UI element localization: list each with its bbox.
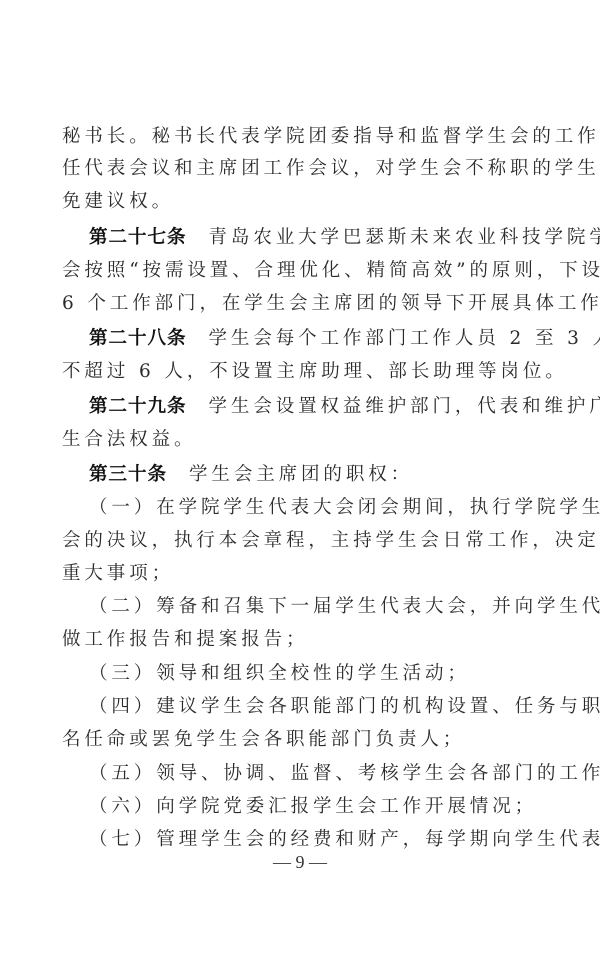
line-text: （三）领导和组织全校性的学生活动； <box>89 663 470 684</box>
line-text: 会按照“按需设置、合理优化、精简高效”的原则，下设不超过 <box>62 260 600 281</box>
line-text: 学生会每个工作部门工作人员 2 至 3 人，一般 <box>209 328 600 349</box>
line-text: 任代表会议和主席团工作会议，对学生会不称职的学生干部有罢 <box>62 158 600 179</box>
line-text: 名任命或罢免学生会各职能部门负责人； <box>62 729 465 750</box>
line-text: 青岛农业大学巴瑟斯未来农业科技学院学生 <box>209 227 600 248</box>
clause-line: （三）领导和组织全校性的学生活动； <box>89 657 584 690</box>
article-heading: 第三十条 <box>89 464 167 485</box>
line-text: （五）领导、协调、监督、考核学生会各部门的工作； <box>89 763 600 784</box>
line-text: 重大事项； <box>62 563 174 584</box>
text-line: 会按照“按需设置、合理优化、精简高效”的原则，下设不超过 <box>62 254 557 287</box>
text-line: 不超过 6 人，不设置主席助理、部长助理等岗位。 <box>62 355 557 388</box>
line-text: 学生会设置权益维护部门，代表和维护广大学 <box>209 396 600 417</box>
text-line: 秘书长。秘书长代表学院团委指导和监督学生会的工作，列席常 <box>62 120 557 153</box>
page-number: — 9 — <box>0 852 600 873</box>
clause-line: （五）领导、协调、监督、考核学生会各部门的工作； <box>89 757 584 790</box>
text-line: 名任命或罢免学生会各职能部门负责人； <box>62 723 557 756</box>
text-line: 任代表会议和主席团工作会议，对学生会不称职的学生干部有罢 <box>62 152 557 185</box>
clause-line: （六）向学院党委汇报学生会工作开展情况； <box>89 790 584 823</box>
line-text: 学生会主席团的职权： <box>189 464 413 485</box>
text-line: 重大事项； <box>62 557 557 590</box>
line-text: 生合法权益。 <box>62 429 196 450</box>
article-27-heading-line: 第二十七条青岛农业大学巴瑟斯未来农业科技学院学生 <box>89 221 584 254</box>
line-text: （六）向学院党委汇报学生会工作开展情况； <box>89 796 537 817</box>
document-page: 秘书长。秘书长代表学院团委指导和监督学生会的工作，列席常 任代表会议和主席团工作… <box>0 0 600 960</box>
article-heading: 第二十九条 <box>89 396 187 417</box>
article-29-heading-line: 第二十九条学生会设置权益维护部门，代表和维护广大学 <box>89 390 584 423</box>
clause-line: （二）筹备和召集下一届学生代表大会，并向学生代表大会 <box>89 590 584 623</box>
article-heading: 第二十八条 <box>89 328 187 349</box>
line-text: 不超过 6 人，不设置主席助理、部长助理等岗位。 <box>62 361 568 382</box>
line-text: 会的决议，执行本会章程，主持学生会日常工作，决定学生会的 <box>62 530 600 551</box>
text-line: 6 个工作部门，在学生会主席团的领导下开展具体工作。 <box>62 287 557 320</box>
line-text: 6 个工作部门，在学生会主席团的领导下开展具体工作。 <box>62 293 600 314</box>
text-line: 生合法权益。 <box>62 423 557 456</box>
line-text: （七）管理学生会的经费和财产，每学期向学生代表大会汇 <box>89 829 600 850</box>
line-text: 免建议权。 <box>62 191 174 212</box>
text-line: 会的决议，执行本会章程，主持学生会日常工作，决定学生会的 <box>62 524 557 557</box>
line-text: 秘书长。秘书长代表学院团委指导和监督学生会的工作，列席常 <box>62 126 600 147</box>
article-heading: 第二十七条 <box>89 227 187 248</box>
text-line: 做工作报告和提案报告； <box>62 623 557 656</box>
line-text: 做工作报告和提案报告； <box>62 629 308 650</box>
article-28-heading-line: 第二十八条学生会每个工作部门工作人员 2 至 3 人，一般 <box>89 322 584 355</box>
clause-line: （四）建议学生会各职能部门的机构设置、任务与职责，提 <box>89 690 584 723</box>
line-text: （四）建议学生会各职能部门的机构设置、任务与职责，提 <box>89 696 600 717</box>
article-30-heading-line: 第三十条学生会主席团的职权： <box>89 458 584 491</box>
text-line: 免建议权。 <box>62 185 557 218</box>
line-text: （一）在学院学生代表大会闭会期间，执行学院学生代表大 <box>89 497 600 518</box>
line-text: （二）筹备和召集下一届学生代表大会，并向学生代表大会 <box>89 596 600 617</box>
clause-line: （一）在学院学生代表大会闭会期间，执行学院学生代表大 <box>89 491 584 524</box>
